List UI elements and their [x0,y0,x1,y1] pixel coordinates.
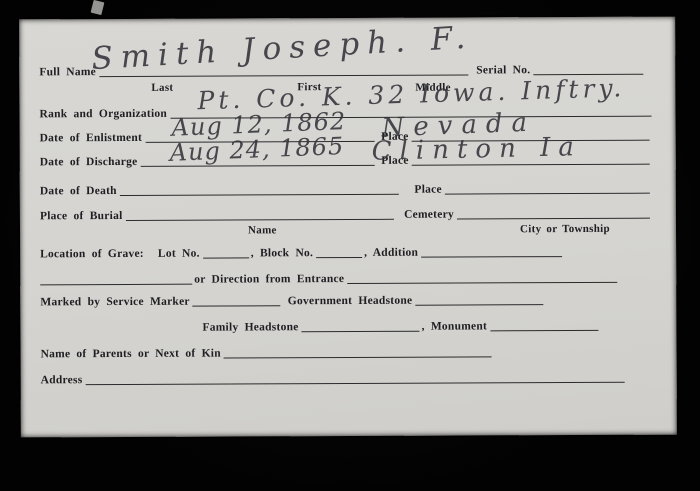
kin-row: Name of Parents or Next of Kin [41,346,653,362]
handwriting-discharge-place: Clinton Ia [371,132,582,167]
address-label: Address [41,374,83,387]
death-place-label: Place [414,184,441,197]
family-headstone-label: Family Headstone [202,321,298,334]
discharge-label: Date of Discharge [40,156,138,169]
address-row: Address [41,372,653,388]
lot-no-label: Lot No. [158,248,200,261]
death-date-line [120,190,399,196]
government-headstone-label: Government Headstone [288,295,413,309]
death-place-line [445,189,650,195]
lot-no-line [203,253,249,258]
government-headstone-line [415,300,543,306]
last-sublabel: Last [151,82,173,94]
next-of-kin-label: Name of Parents or Next of Kin [41,348,221,362]
family-row: Family Headstone , Monument [40,320,652,336]
scanned-record: Full Name Serial No. Last First Middle R… [0,0,700,491]
family-headstone-line [302,327,420,333]
marker-row: Marked by Service Marker Government Head… [40,294,652,310]
next-of-kin-line [224,352,492,358]
death-row: Date of Death Place [40,183,652,199]
service-marker-line [193,301,281,306]
burial-name-line [126,215,395,221]
service-marker-label: Marked by Service Marker [40,296,190,310]
grave-row: Location of Grave: Lot No. , Block No. ,… [40,246,652,262]
entrance-row: or Direction from Entrance [40,272,652,288]
burial-name-sublabel: Name [248,224,277,236]
entrance-label: or Direction from Entrance [194,273,344,287]
block-no-label: , Block No. [251,247,313,260]
full-name-label: Full Name [39,66,96,79]
cemetery-line [457,214,650,220]
addition-label: , Addition [364,247,418,260]
burial-label: Place of Burial [40,210,123,223]
monument-line [490,326,598,331]
monument-label: , Monument [422,320,488,333]
city-township-sublabel: City or Township [520,223,610,235]
rank-label: Rank and Organization [39,108,167,122]
burial-row: Place of Burial Cemetery [40,208,652,224]
address-line [85,378,624,385]
addition-line [421,252,562,258]
family-indent [40,335,202,336]
block-no-line [316,253,362,258]
entrance-right-line [347,278,617,284]
scan-artifact [91,0,105,15]
burial-record-card: Full Name Serial No. Last First Middle R… [19,17,677,438]
enlistment-label: Date of Enlistment [40,132,143,145]
grave-label: Location of Grave: [40,248,144,261]
entrance-left-line [40,280,192,286]
death-label: Date of Death [40,185,117,198]
cemetery-label: Cemetery [404,209,454,222]
